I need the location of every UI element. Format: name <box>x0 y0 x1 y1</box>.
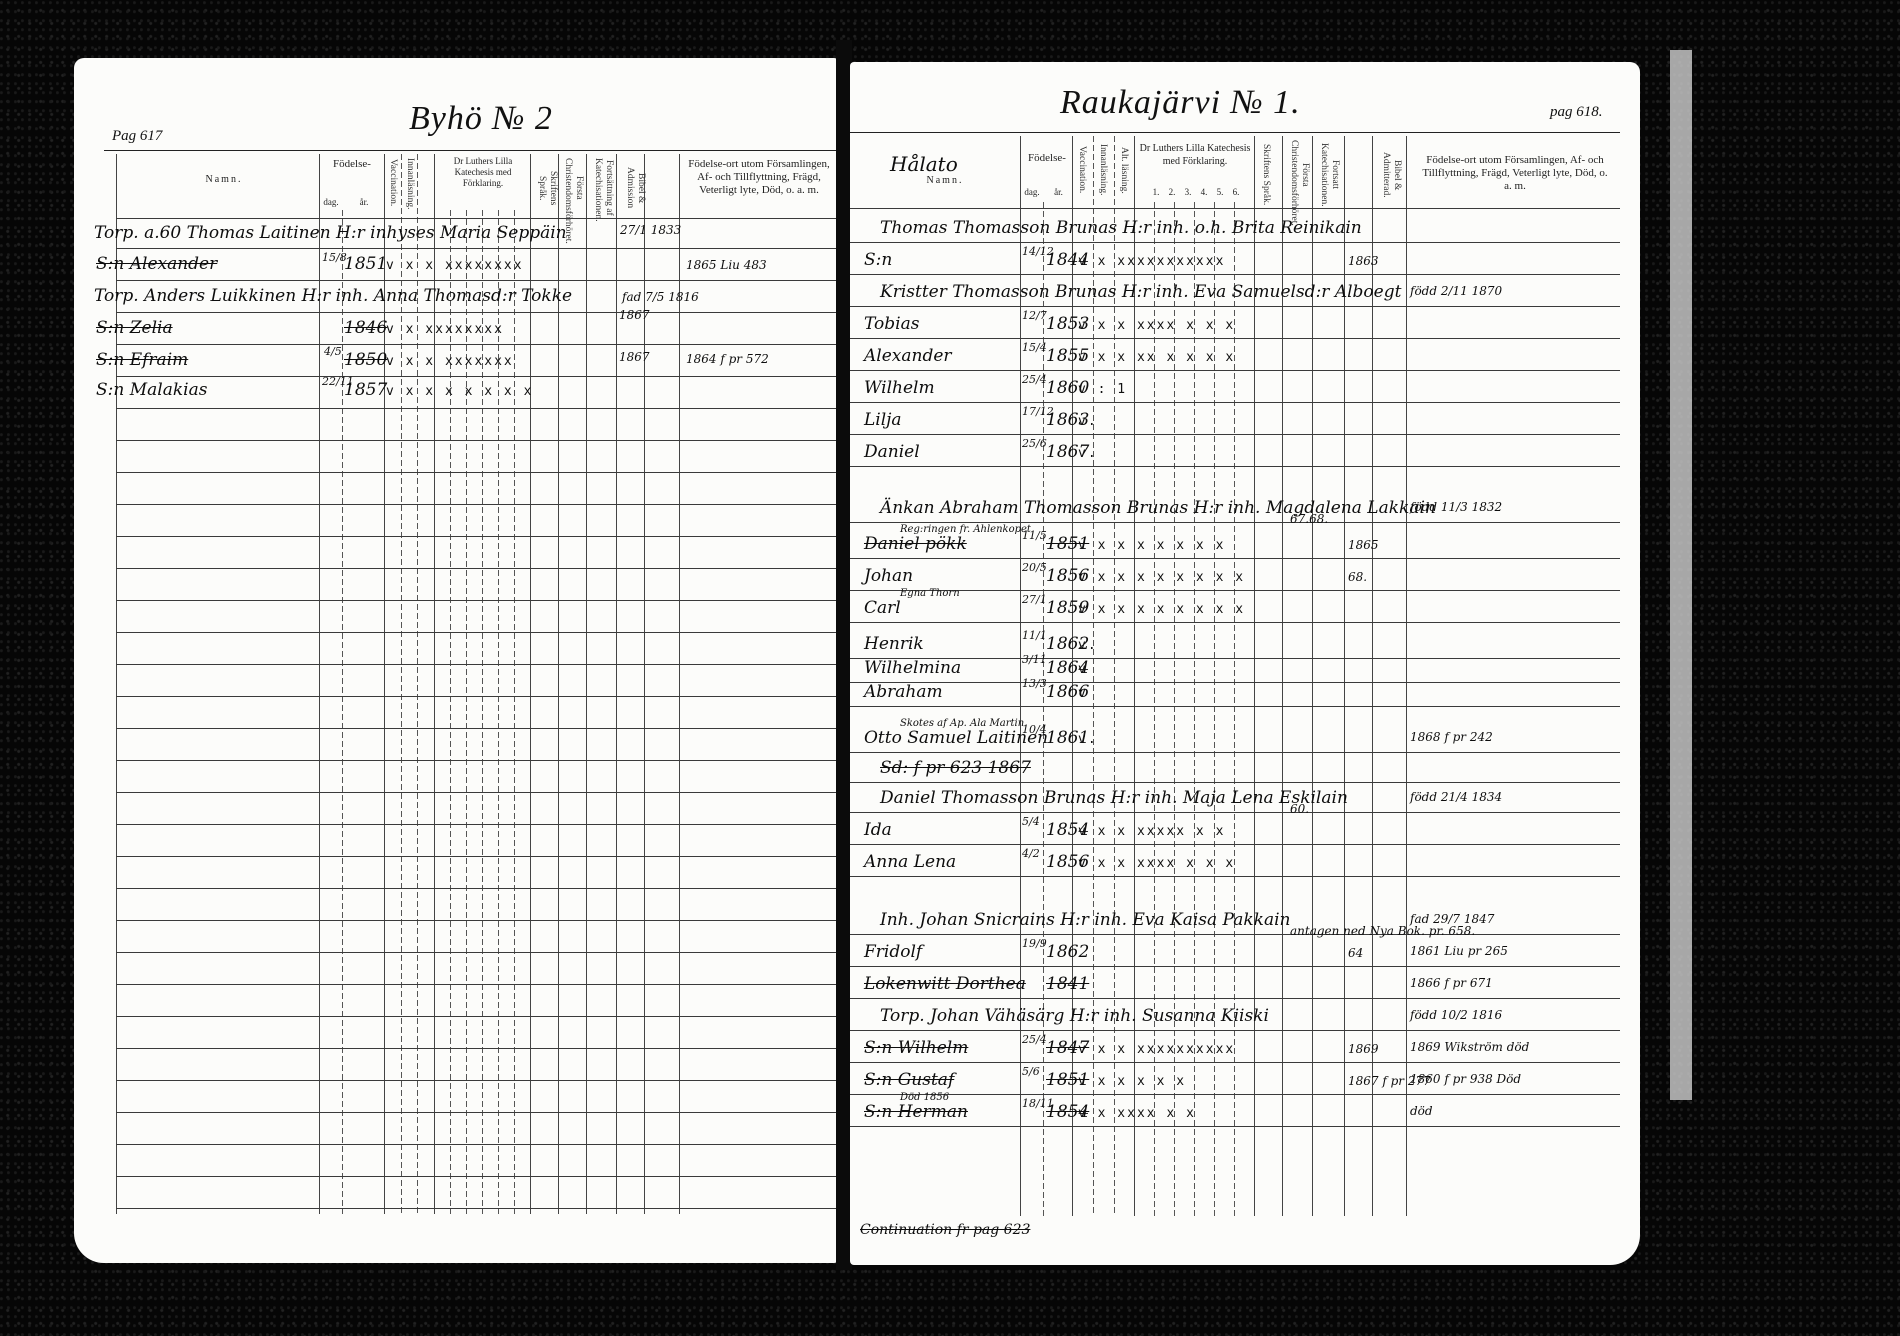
entry-birth-day: 5/4 <box>1022 816 1040 827</box>
entry-note: Reg:ringen fr. Ahlenkopet <box>900 524 1031 535</box>
entry-birth-day: 11/1 <box>1022 630 1047 641</box>
col-line <box>342 210 343 1214</box>
footer-note: Continuation fr pag 623 <box>860 1222 1030 1238</box>
entry-marks: v : 1 <box>1078 382 1127 397</box>
entry-name: Daniel <box>864 442 920 462</box>
entry-birth-day: 12/7 <box>1022 310 1047 321</box>
entry-marks: v. <box>1078 446 1098 461</box>
entry-marks: v x x xxxxx x x <box>1078 824 1225 839</box>
entry-name: S:n <box>864 250 892 270</box>
entry-name: Anna Lena <box>864 852 956 872</box>
col-line <box>1043 202 1044 1216</box>
entry-birth-year: 1851 <box>344 254 387 274</box>
entry-name: Ida <box>864 820 892 840</box>
row-rule <box>116 952 838 953</box>
entry-remark: 1864 f pr 572 <box>686 352 769 366</box>
col-header-last-exam: Fortsättning af Katechisationen. <box>592 158 614 218</box>
row-rule <box>116 536 838 537</box>
entry-marks: v x x xxxxxxx <box>386 354 514 369</box>
entry-admitted: 1867 <box>619 308 650 322</box>
col-header-name-caption: Hålato <box>890 152 958 176</box>
entry-remark: död <box>1410 1104 1433 1118</box>
row-rule <box>850 274 1620 275</box>
row-rule <box>116 1048 838 1049</box>
col-line <box>558 154 559 1214</box>
row-rule <box>850 1062 1620 1063</box>
row-rule <box>116 376 838 377</box>
entry-admitted: 1863 <box>1348 254 1379 268</box>
entry-birth-day: 20/5 <box>1022 562 1047 573</box>
entry-marks: v x xxxxxxxxxxx <box>1078 254 1225 269</box>
col-header-name: Namn. <box>174 173 274 186</box>
entry-birth-day: 11/5 <box>1022 530 1047 541</box>
entry-remark: född 21/4 1834 <box>1410 790 1502 804</box>
header-bottom-rule <box>116 218 838 219</box>
col-header-day: dag. <box>320 196 342 209</box>
col-header-catechism: Dr Luthers Lilla Katechesis med Förklari… <box>1136 142 1254 168</box>
entry-admitted: fad 7/5 1816 <box>622 290 699 304</box>
row-rule <box>116 728 838 729</box>
row-rule <box>116 888 838 889</box>
right-page: Raukajärvi № 1. pag 618. Hålato Namn. Fö… <box>850 62 1640 1265</box>
entry-birth-day: 25/6 <box>1022 438 1047 449</box>
entry-remark: född 10/2 1816 <box>1410 1008 1502 1022</box>
entry-birth-day: 5/6 <box>1022 1066 1040 1077</box>
entry-name: Daniel Thomasson Brunas H:r inh. Maja Le… <box>880 788 1348 808</box>
col-header-vaccination: Vaccination. <box>1076 140 1087 200</box>
col-line <box>384 154 385 1214</box>
entry-marks: v x x x x x x x <box>1078 538 1225 553</box>
right-page-number: pag 618. <box>1550 104 1603 121</box>
row-rule <box>116 632 838 633</box>
col-header-year: år. <box>344 196 384 209</box>
row-rule <box>116 760 838 761</box>
entry-name: Lokenwitt Dorthea <box>864 974 1026 994</box>
entry-remark: 1860 f pr 938 Död <box>1410 1072 1521 1086</box>
row-rule <box>116 472 838 473</box>
col-line <box>434 154 435 1214</box>
col-header-year: år. <box>1045 186 1072 199</box>
entry-birth-day: 25/4 <box>1022 374 1047 385</box>
row-rule <box>850 998 1620 999</box>
scan-edge-strip <box>1670 50 1692 1100</box>
col-line <box>586 154 587 1214</box>
col-line <box>417 154 418 1214</box>
entry-birth-day: 27/1 <box>1022 594 1047 605</box>
entry-name: Inh. Johan Snicrains H:r inh. Eva Kaisa … <box>880 910 1290 930</box>
row-rule <box>116 344 838 345</box>
left-page-title: Byhö № 2 <box>409 100 553 138</box>
col-header-day: dag. <box>1021 186 1043 199</box>
entry-name: Tobias <box>864 314 919 334</box>
row-rule <box>850 306 1620 307</box>
col-header-cat-nums: 1. 2. 3. 4. 5. 6. <box>1138 186 1254 199</box>
col-line <box>1406 136 1407 1216</box>
entry-remark: fad 29/7 1847 <box>1410 912 1494 926</box>
entry-name: Kristter Thomasson Brunas H:r inh. Eva S… <box>880 282 1401 302</box>
row-rule <box>850 658 1620 659</box>
row-rule <box>850 812 1620 813</box>
entry-name: S:n Gustaf <box>864 1070 954 1090</box>
entry-birth-day: 13/3 <box>1022 678 1047 689</box>
entry-name: Wilhelmina <box>864 658 961 678</box>
row-rule <box>116 280 838 281</box>
entry-name: Carl <box>864 598 901 618</box>
row-rule <box>850 622 1620 623</box>
row-rule <box>850 966 1620 967</box>
row-rule <box>850 558 1620 559</box>
entry-birth-year: 1862 <box>1046 942 1089 962</box>
entry-remark: född 2/11 1870 <box>1410 284 1502 298</box>
entry-name: Alexander <box>864 346 952 366</box>
entry-name: S:n Malakias <box>96 380 207 400</box>
entry-name: Henrik <box>864 634 924 654</box>
row-rule <box>116 824 838 825</box>
entry-birth-day: 15/8 <box>322 252 347 263</box>
entry-name: Torp. Johan Vähäsärg H:r inh. Susanna Ki… <box>880 1006 1269 1026</box>
left-page: Pag 617 Byhö № 2 Namn. Födelse- dag. år.… <box>74 58 838 1263</box>
entry-marks: v x xxxxxxxx <box>386 322 504 337</box>
entry-birth-day: 4/5 <box>324 346 342 357</box>
row-rule <box>850 370 1620 371</box>
col-line <box>530 154 531 1214</box>
row-rule <box>116 248 838 249</box>
entry-marks: v x xxxx x x <box>1078 1106 1196 1121</box>
entry-marks: v. <box>1078 414 1098 429</box>
entry-marks: v <box>1078 686 1088 701</box>
row-rule <box>116 856 838 857</box>
row-rule <box>116 664 838 665</box>
row-rule <box>850 522 1620 523</box>
row-rule <box>850 1094 1620 1095</box>
entry-name: Torp. Anders Luikkinen H:r inh. Anna Tho… <box>94 286 572 306</box>
entry-remark: 1866 f pr 671 <box>1410 976 1493 990</box>
entry-marks: v. <box>1078 638 1098 653</box>
entry-marks: v x x xxxxxxxx <box>386 258 524 273</box>
row-rule <box>850 876 1620 877</box>
entry-remark: 1861 Liu pr 265 <box>1410 944 1508 958</box>
row-rule <box>850 1126 1620 1127</box>
entry-admitted: 1867 <box>619 350 650 364</box>
col-header-admitted: Bibel & Admission <box>624 158 646 218</box>
entry-name: Lilja <box>864 410 902 430</box>
row-rule <box>116 408 838 409</box>
header-rule <box>104 150 838 151</box>
entry-name: Sd: f pr 623 1867 <box>880 758 1031 778</box>
col-header-first-exam: Första Christendomsförhöret. <box>562 158 584 218</box>
row-rule <box>850 466 1620 467</box>
entry-birth-day: 25/4 <box>1022 1034 1047 1045</box>
entry-name: Thomas Thomasson Brunas H:r inh. o.h. Br… <box>880 218 1362 238</box>
col-header-birth: Födelse- <box>1022 152 1072 165</box>
row-rule <box>850 844 1620 845</box>
row-rule <box>116 1112 838 1113</box>
right-page-title: Raukajärvi № 1. <box>1060 84 1301 122</box>
entry-admitted: 60. <box>1290 802 1309 816</box>
col-header-name: Namn. <box>900 174 990 187</box>
col-header-reading: Innanläsning. <box>1097 140 1108 200</box>
entry-birth-day: 15/4 <box>1022 342 1047 353</box>
entry-name: Johan <box>864 566 913 586</box>
col-header-first-exam: Första Christendomsförhöret. <box>1288 140 1310 210</box>
entry-marks: v x x xx x x x x <box>1078 350 1235 365</box>
entry-admitted: 68. <box>1348 570 1367 584</box>
header-bottom-rule <box>850 208 1620 209</box>
entry-marks: v x x x x x x x x <box>1078 570 1245 585</box>
col-header-remarks: Födelse-ort utom Församlingen, Af- och T… <box>1420 154 1610 193</box>
entry-name: Abraham <box>864 682 943 702</box>
col-line <box>401 154 402 1214</box>
col-header-scripture: Skriftens Språk. <box>1260 140 1271 210</box>
entry-birth-year: 1841 <box>1046 974 1089 994</box>
entry-name: S:n Alexander <box>96 254 217 274</box>
entry-birth-day: 3/11 <box>1022 654 1047 665</box>
row-rule <box>116 1176 838 1177</box>
entry-admitted: 27/1 1833 <box>620 223 681 237</box>
row-rule <box>850 682 1620 683</box>
col-header-catechism: Dr Luthers Lilla Katechesis med Förklari… <box>436 156 530 189</box>
row-rule <box>850 402 1620 403</box>
row-rule <box>850 434 1620 435</box>
col-line <box>616 154 617 1214</box>
entry-marks: v. <box>1078 732 1098 747</box>
entry-birth-day: 4/2 <box>1022 848 1040 859</box>
row-rule <box>116 312 838 313</box>
entry-marks: v x x xxxx x x x <box>1078 318 1235 333</box>
entry-remark: 1865 Liu 483 <box>686 258 767 272</box>
row-rule <box>116 504 838 505</box>
entry-name: S:n Wilhelm <box>864 1038 968 1058</box>
col-line <box>679 154 680 1214</box>
col-header-vaccination: Vaccination. <box>387 158 398 208</box>
row-rule <box>116 568 838 569</box>
row-rule <box>850 782 1620 783</box>
entry-marks: v x x x x x x x x <box>1078 602 1245 617</box>
row-rule <box>116 1144 838 1145</box>
row-rule <box>116 440 838 441</box>
col-line <box>319 154 320 1214</box>
col-header-last-exam: Fortsatt Katechisationen. <box>1318 140 1340 210</box>
entry-note: Skotes af Ap. Ala Martin <box>900 718 1024 729</box>
entry-remark: 1869 Wikström död <box>1410 1040 1529 1054</box>
entry-remark: 1868 f pr 242 <box>1410 730 1493 744</box>
entry-marks: v x x xxxxxxxxxx <box>1078 1042 1235 1057</box>
row-rule <box>116 920 838 921</box>
entry-remark: född 11/3 1832 <box>1410 500 1502 514</box>
entry-note: Egna Thorn <box>900 588 960 599</box>
entry-name: Fridolf <box>864 942 922 962</box>
row-rule <box>116 792 838 793</box>
col-header-reading: Innanläsning. <box>404 158 415 208</box>
entry-name: S:n Herman <box>864 1102 968 1122</box>
entry-marks: v x x xxxx x x x <box>1078 856 1235 871</box>
entry-marks: v x x x x x <box>1078 1074 1186 1089</box>
entry-birth-year: 1857 <box>344 380 387 400</box>
entry-birth-day: 10/4 <box>1022 724 1047 735</box>
header-rule <box>850 132 1620 133</box>
row-rule <box>850 590 1620 591</box>
entry-marks: v x x x x x x x <box>386 384 533 399</box>
col-header-remarks: Födelse-ort utom Församlingen, Af- och T… <box>684 158 834 197</box>
row-rule <box>850 1030 1620 1031</box>
col-header-birth: Födelse- <box>322 158 382 171</box>
entry-name: S:n Efraim <box>96 350 188 370</box>
entry-name: Otto Samuel Laitinen <box>864 728 1048 748</box>
entry-birth-day: 19/9 <box>1022 938 1047 949</box>
row-rule <box>850 242 1620 243</box>
row-rule <box>116 1080 838 1081</box>
left-page-number: Pag 617 <box>112 128 162 145</box>
entry-note: Död 1856 <box>900 1092 949 1103</box>
row-rule <box>850 752 1620 753</box>
row-rule <box>850 934 1620 935</box>
entry-name: Wilhelm <box>864 378 935 398</box>
row-rule <box>116 600 838 601</box>
entry-admitted: 67.68. <box>1290 512 1328 526</box>
entry-admitted: 1869 <box>1348 1042 1379 1056</box>
entry-birth-year: 1846 <box>344 318 387 338</box>
row-rule <box>116 1208 838 1209</box>
row-rule <box>850 706 1620 707</box>
row-rule <box>116 696 838 697</box>
row-rule <box>850 338 1620 339</box>
entry-admitted: antagen ned Nya Bok. pr. 658. <box>1290 924 1475 938</box>
row-rule <box>116 1016 838 1017</box>
entry-birth-year: 1850 <box>344 350 387 370</box>
row-rule <box>116 984 838 985</box>
entry-name: Torp. a.60 Thomas Laitinen H:r inhyses M… <box>94 223 567 243</box>
col-header-scripture: Skriftens Språk. <box>536 158 558 218</box>
col-header-alt-reading: Alt. läsning. <box>1118 140 1129 200</box>
col-line <box>514 210 515 1214</box>
entry-name: S:n Zelia <box>96 318 173 338</box>
entry-name: Änkan Abraham Thomasson Brunas H:r inh. … <box>880 498 1436 518</box>
col-header-admitted: Bibel & Admitterad. <box>1380 140 1402 210</box>
col-line <box>116 154 117 1214</box>
entry-name: Daniel pökk <box>864 534 967 554</box>
entry-marks: v <box>1078 662 1088 677</box>
entry-admitted: 1865 <box>1348 538 1379 552</box>
entry-admitted: 64 <box>1348 946 1363 960</box>
